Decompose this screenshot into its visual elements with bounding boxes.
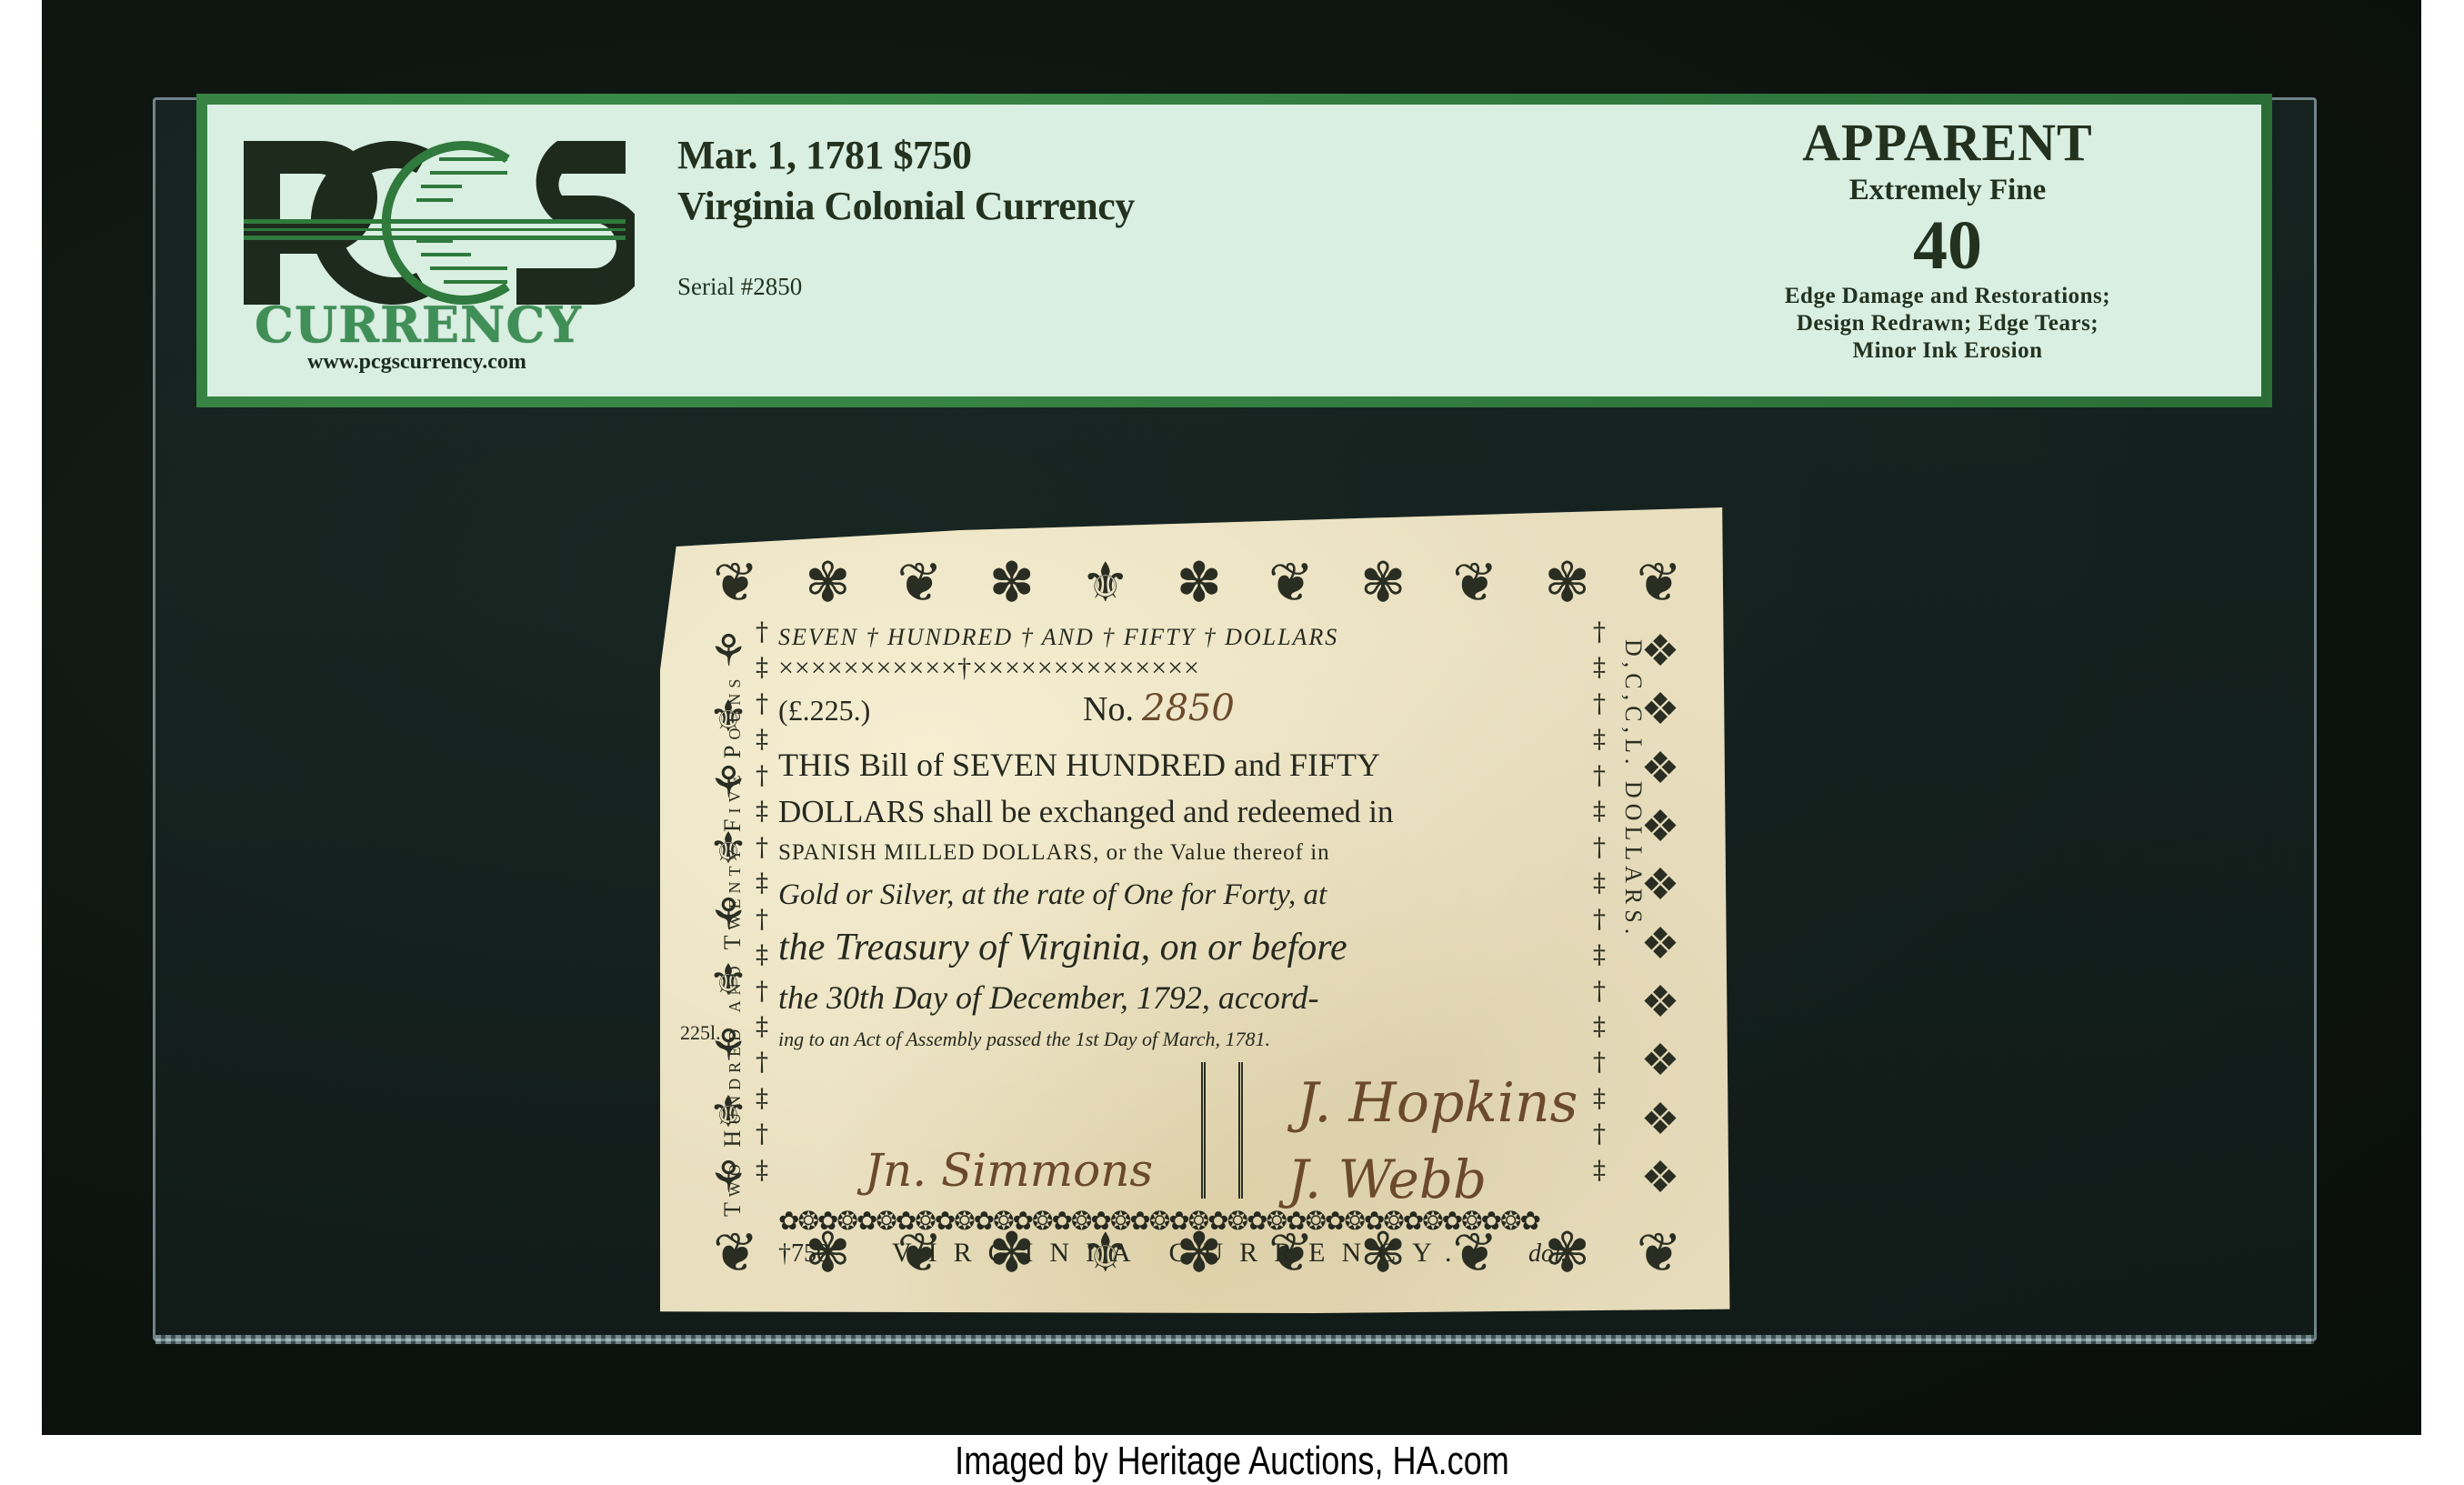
note-header-line: SEVEN † HUNDRED † AND † FIFTY † DOLLARS bbox=[778, 624, 1338, 651]
note-body-line-4: Gold or Silver, at the rate of One for F… bbox=[778, 878, 1327, 912]
image-credit: Imaged by Heritage Auctions, HA.com bbox=[222, 1439, 2242, 1484]
center-vignette-ornament bbox=[1201, 1062, 1243, 1199]
grade-block: APPARENT Extremely Fine 40 Edge Damage a… bbox=[1734, 114, 2161, 365]
note-bottom-right-unit: dol. bbox=[1528, 1239, 1568, 1269]
note-body-line-7: ing to an Act of Assembly passed the 1st… bbox=[778, 1028, 1270, 1051]
bottom-ornament-strip: ✿❂✿❂✿❂✿❂✿❂✿❂✿❂✿❂✿❂✿❂✿❂✿❂✿❂✿❂✿❂✿❂✿❂✿❂✿❂✿ bbox=[778, 1206, 1539, 1237]
item-title-series: Virginia Colonial Currency bbox=[677, 183, 1135, 229]
item-serial: Serial #2850 bbox=[677, 273, 802, 301]
note-body-line-5: the Treasury of Virginia, on or before bbox=[778, 926, 1347, 969]
note-body-line-2: DOLLARS shall be exchanged and redeemed … bbox=[778, 794, 1393, 830]
pound-value: (£.225.) bbox=[778, 694, 870, 727]
pcgs-logo-icon bbox=[235, 123, 635, 323]
left-margin-value: 225l. bbox=[680, 1021, 721, 1045]
left-vertical-denomination-text: Two Hundred and Twenty Five Pouns bbox=[719, 635, 746, 1217]
note-x-row: ×××××××××××†×××××××××××××× bbox=[778, 653, 1200, 684]
brand-website: www.pcgscurrency.com bbox=[307, 350, 526, 375]
right-dagger-column: †‡†‡†‡†‡†‡†‡†‡†‡ bbox=[1588, 617, 1610, 1185]
grading-label-inner: TM CURRENCY www.pcgscurrency.com Mar. 1,… bbox=[207, 105, 2261, 396]
note-number-label: No. bbox=[1083, 689, 1134, 729]
right-vertical-denomination-text: D,C,C,L. DOLLARS. bbox=[1619, 639, 1647, 1094]
holder-edge bbox=[155, 1335, 2314, 1344]
note-body-line-1: THIS Bill of SEVEN HUNDRED and FIFTY bbox=[778, 746, 1380, 784]
grade-comment-2: Design Redrawn; Edge Tears; bbox=[1734, 310, 2161, 337]
top-ornament-border: ❦✾❦✽⚜✽❦✾❦✾❦ bbox=[713, 542, 1680, 624]
note-number-handwritten: 2850 bbox=[1142, 687, 1235, 729]
note-bottom-left-value: †750 bbox=[778, 1239, 829, 1269]
grade-qualifier: APPARENT bbox=[1734, 114, 2161, 172]
grading-label: TM CURRENCY www.pcgscurrency.com Mar. 1,… bbox=[196, 94, 2272, 407]
grade-number: 40 bbox=[1734, 208, 2161, 283]
signature-hopkins: J. Hopkins bbox=[1297, 1071, 1578, 1135]
banknote: ❦✾❦✽⚜✽❦✾❦✾❦ ❦✾❦✽⚜✽❦✾❦✾❦ ⚘⚜⚘⚜⚘⚜⚘⚜⚘ ❖❖❖❖❖❖… bbox=[660, 507, 1733, 1321]
grade-comment-3: Minor Ink Erosion bbox=[1734, 337, 2161, 365]
signature-simmons: Jn. Simmons bbox=[865, 1144, 1153, 1197]
grade-description: Extremely Fine bbox=[1734, 172, 2161, 208]
item-title-date-denomination: Mar. 1, 1781 $750 bbox=[677, 132, 972, 178]
signature-webb: J. Webb bbox=[1287, 1149, 1487, 1210]
left-dagger-column: †‡†‡†‡†‡†‡†‡†‡†‡ bbox=[751, 617, 773, 1185]
note-body-line-6: the 30th Day of December, 1792, accord- bbox=[778, 978, 1319, 1017]
note-bottom-title: VIRGINIA CURRENCY. bbox=[892, 1238, 1467, 1269]
brand-currency-wordmark: CURRENCY bbox=[255, 296, 582, 354]
trademark-mark: TM bbox=[589, 273, 606, 286]
grade-comment-1: Edge Damage and Restorations; bbox=[1734, 283, 2161, 310]
note-body-line-3: SPANISH MILLED DOLLARS, or the Value the… bbox=[778, 840, 1330, 866]
